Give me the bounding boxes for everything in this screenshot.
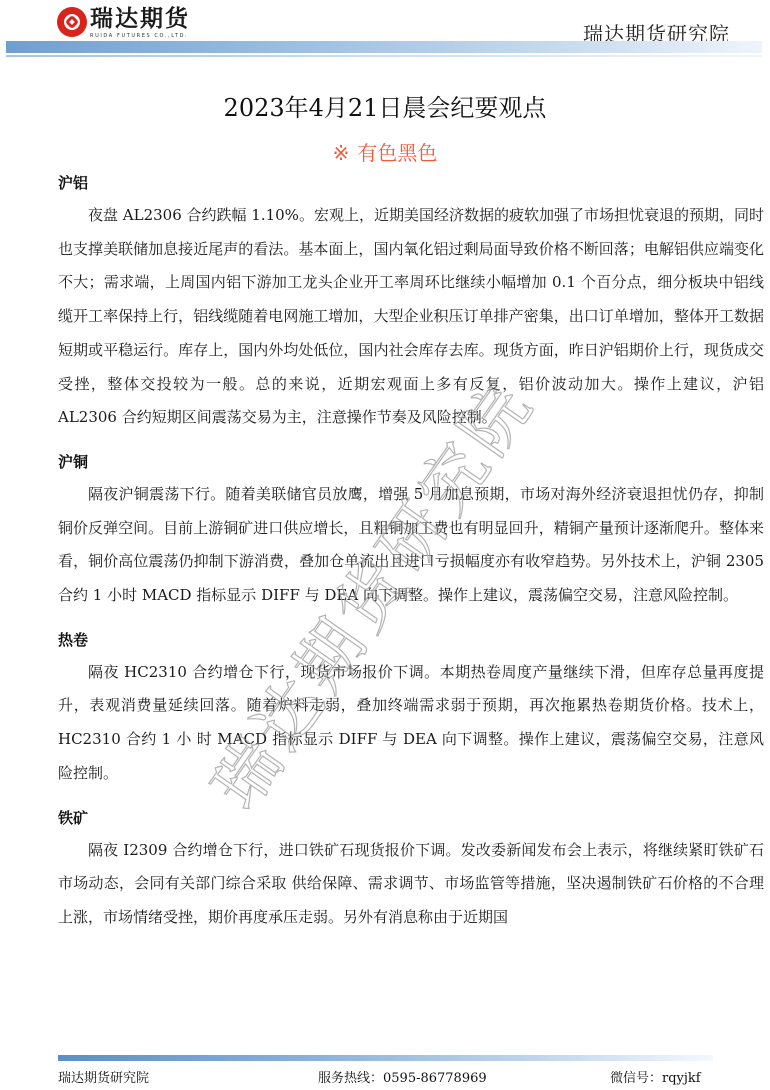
subtitle-text: 有色黑色 bbox=[357, 141, 437, 165]
footer-gradient-bar bbox=[58, 1055, 713, 1061]
company-logo: 瑞达期货 RUIDA FUTURES CO.,LTD. bbox=[57, 6, 190, 39]
footer-hotline: 服务热线：0595-86778969 bbox=[318, 1067, 487, 1086]
section-heading: 沪铝 bbox=[58, 170, 764, 196]
document-body: 沪铝 夜盘 AL2306 合约跌幅 1.10%。宏观上，近期美国经济数据的疲软加… bbox=[58, 170, 764, 935]
page-footer: 瑞达期货研究院 服务热线：0595-86778969 微信号：rqyjkf bbox=[58, 1067, 718, 1087]
section-paragraph: 夜盘 AL2306 合约跌幅 1.10%。宏观上，近期美国经济数据的疲软加强了市… bbox=[58, 199, 764, 435]
section-paragraph: 隔夜 I2309 合约增仓下行，进口铁矿石现货报价下调。发改委新闻发布会上表示，… bbox=[58, 834, 764, 935]
document-subtitle: ※有色黑色 bbox=[0, 137, 770, 166]
header-gradient-bar bbox=[6, 41, 762, 53]
section-paragraph: 隔夜沪铜震荡下行。随着美联储官员放鹰，增强 5 月加息预期，市场对海外经济衰退担… bbox=[58, 478, 764, 613]
section-aluminum: 沪铝 夜盘 AL2306 合约跌幅 1.10%。宏观上，近期美国经济数据的疲软加… bbox=[58, 170, 764, 435]
page-header: 瑞达期货 RUIDA FUTURES CO.,LTD. 瑞达期货研究院 bbox=[0, 0, 770, 60]
footer-institute-name: 瑞达期货研究院 bbox=[58, 1067, 149, 1086]
logo-chinese-name: 瑞达期货 bbox=[90, 6, 190, 32]
footer-wechat: 微信号：rqyjkf bbox=[610, 1067, 701, 1086]
logo-english-name: RUIDA FUTURES CO.,LTD. bbox=[90, 33, 190, 39]
reference-mark-icon: ※ bbox=[333, 141, 350, 165]
ruida-logo-icon bbox=[57, 7, 87, 37]
section-iron-ore: 铁矿 隔夜 I2309 合约增仓下行，进口铁矿石现货报价下调。发改委新闻发布会上… bbox=[58, 805, 764, 935]
section-paragraph: 隔夜 HC2310 合约增仓下行，现货市场报价下调。本期热卷周度产量继续下滑，但… bbox=[58, 656, 764, 791]
header-divider bbox=[6, 55, 762, 57]
section-heading: 沪铜 bbox=[58, 449, 764, 475]
section-heading: 铁矿 bbox=[58, 805, 764, 831]
section-copper: 沪铜 隔夜沪铜震荡下行。随着美联储官员放鹰，增强 5 月加息预期，市场对海外经济… bbox=[58, 449, 764, 613]
section-hot-rolled-coil: 热卷 隔夜 HC2310 合约增仓下行，现货市场报价下调。本期热卷周度产量继续下… bbox=[58, 627, 764, 791]
document-title: 2023年4月21日晨会纪要观点 bbox=[0, 88, 770, 123]
section-heading: 热卷 bbox=[58, 627, 764, 653]
